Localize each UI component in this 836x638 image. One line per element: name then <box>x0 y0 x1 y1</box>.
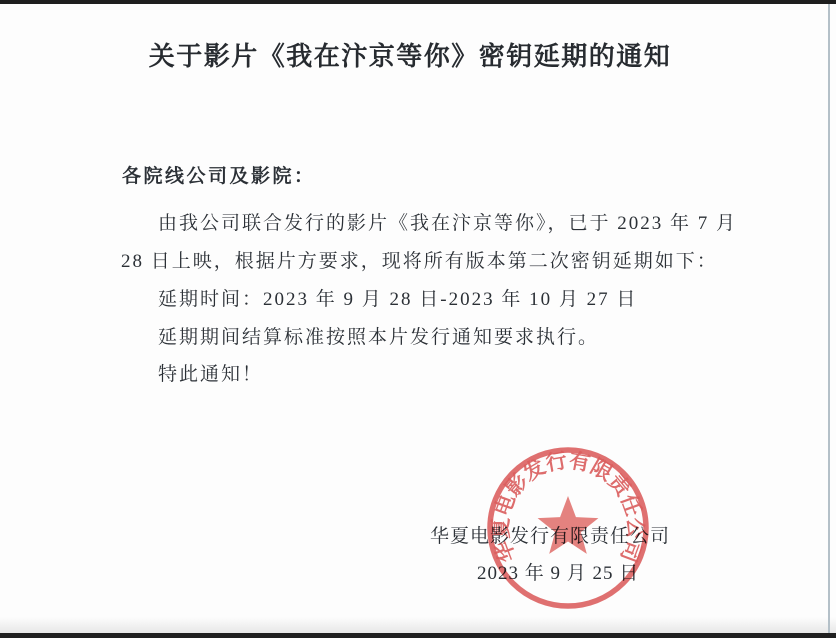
scan-page-edge-line <box>828 4 830 633</box>
company-seal-stamp: 华夏电影发行有限责任公司 <box>468 428 668 628</box>
body-line: 延期期间结算标准按照本片发行通知要求执行。 <box>158 322 599 349</box>
scan-edge-top <box>0 0 836 4</box>
scanned-notice-page: 关于影片《我在汴京等你》密钥延期的通知 各院线公司及影院： 由我公司联合发行的影… <box>0 0 836 638</box>
body-line-closing: 特此通知！ <box>158 359 263 386</box>
scan-edge-bottom-fade <box>0 617 836 633</box>
document-title: 关于影片《我在汴京等你》密钥延期的通知 <box>0 36 820 73</box>
salutation: 各院线公司及影院： <box>122 161 316 188</box>
seal-star-icon <box>538 496 599 554</box>
body-line: 28 日上映，根据片方要求，现将所有版本第二次密钥延期如下： <box>121 246 718 273</box>
body-line-extension-period: 延期时间：2023 年 9 月 28 日-2023 年 10 月 27 日 <box>158 284 637 311</box>
scan-edge-bottom <box>0 633 836 638</box>
body-line: 由我公司联合发行的影片《我在汴京等你》，已于 2023 年 7 月 <box>158 208 737 235</box>
